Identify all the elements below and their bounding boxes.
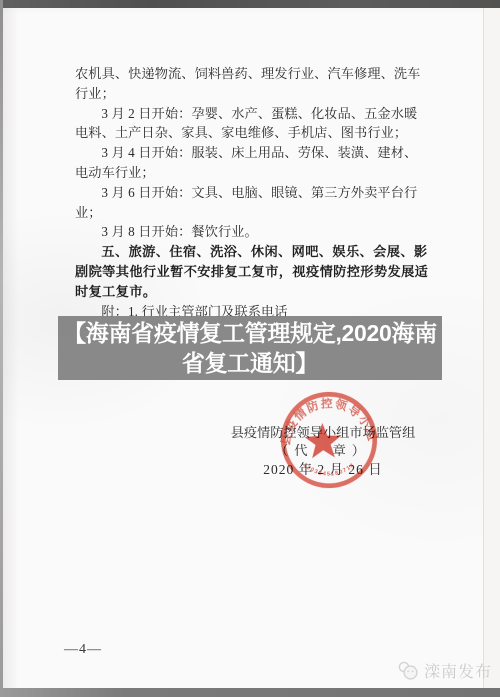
page-right-margin xyxy=(484,8,500,688)
document-line: 业； xyxy=(75,203,419,223)
document-line: 行业； xyxy=(75,84,419,104)
photo-top-edge xyxy=(0,0,500,8)
document-line: 3 月 6 日开始：文具、电脑、眼镜、第三方外卖平台行 xyxy=(75,183,419,203)
document-body: 农机具、快递物流、饲料兽药、理发行业、汽车修理、洗车行业；3 月 2 日开始：孕… xyxy=(75,64,419,321)
document-line: 电动车行业； xyxy=(75,163,419,183)
page-edge-line xyxy=(483,8,484,688)
caption-title-line2: 省复工通知】 xyxy=(182,348,318,378)
document-line: 农机具、快递物流、饲料兽药、理发行业、汽车修理、洗车 xyxy=(75,64,419,84)
watermark-label: 滦南发布 xyxy=(424,659,492,682)
watermark-logo-icon xyxy=(396,660,420,682)
seal-star-icon xyxy=(304,422,342,458)
watermark: 滦南发布 xyxy=(396,659,492,682)
document-line: 剧院等其他行业暂不安排复工复市，视疫情防控形势发展适 xyxy=(75,262,419,282)
document-line: 3 月 8 日开始：餐饮行业。 xyxy=(75,222,419,242)
document-line: 电料、土产日杂、家具、家电维修、手机店、图书行业； xyxy=(75,123,419,143)
document-photo: 农机具、快递物流、饲料兽药、理发行业、汽车修理、洗车行业；3 月 2 日开始：孕… xyxy=(0,0,500,697)
official-seal-stamp-icon: 县疫情防控领导小组市场监管组 1303245180714 xyxy=(266,377,392,503)
caption-overlay-band: 【海南省疫情复工管理规定,2020海南 省复工通知】 xyxy=(58,316,442,380)
document-line: 3 月 4 日开始：服装、床上用品、劳保、装潢、建材、 xyxy=(75,143,419,163)
document-line: 3 月 2 日开始：孕婴、水产、蛋糕、化妆品、五金水暖 xyxy=(75,104,419,124)
seal-serial-number: 1303245180714 xyxy=(302,460,357,478)
page-number: —4— xyxy=(64,642,102,658)
document-line: 五、旅游、住宿、洗浴、休闲、网吧、娱乐、会展、影 xyxy=(75,242,419,262)
document-line: 时复工复市。 xyxy=(75,282,419,302)
photo-bottom-edge xyxy=(0,688,500,697)
caption-title-line1: 【海南省疫情复工管理规定,2020海南 xyxy=(63,318,437,348)
page-left-shadow xyxy=(3,8,19,688)
